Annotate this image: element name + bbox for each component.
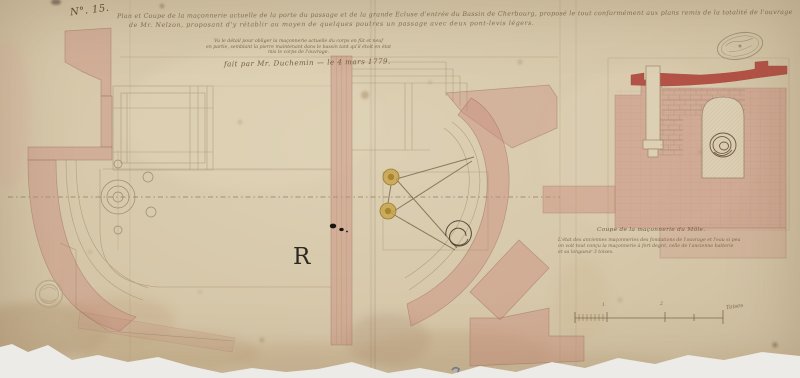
scale-tick-label: 1 <box>602 303 605 308</box>
caption-line: et sa longueur 3 toises. <box>558 250 786 256</box>
arched-niche <box>702 97 744 178</box>
photograph-of-archival-plan: N°. 15. Plan et Coupe de la maçonnerie a… <box>0 0 800 378</box>
note-line: Vu le détail pour obliger la maçonnerie … <box>196 39 401 45</box>
scale-tick-label: 2 <box>660 302 663 307</box>
review-note: Vu le détail pour obliger la maçonnerie … <box>196 39 401 56</box>
paper-sheet: N°. 15. Plan et Coupe de la maçonnerie a… <box>0 0 800 378</box>
gate-leaf-lines <box>388 157 474 250</box>
pen-flourish <box>446 221 472 246</box>
embossed-blind-stamp <box>36 281 63 308</box>
section-caption-paragraph: L'état des anciennes maçonneries des fon… <box>558 238 786 256</box>
drawing-layer <box>0 0 800 378</box>
note-line: mis le corps de l'ouvrage. <box>196 50 401 56</box>
